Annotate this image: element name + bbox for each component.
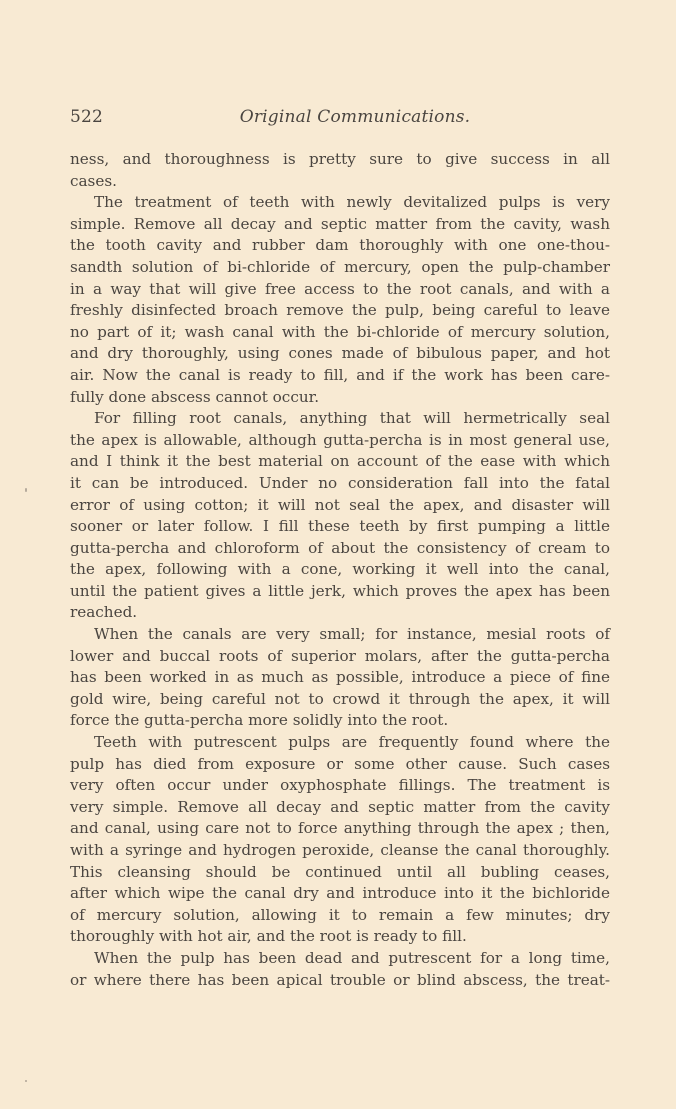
text-line: The treatment of teeth with newly devita… — [70, 192, 610, 214]
text-line: ness, and thoroughness is pretty sure to… — [70, 149, 610, 171]
text-line: the tooth cavity and rubber dam thorough… — [70, 235, 610, 257]
running-head: 522 Original Communications. — [70, 107, 610, 131]
margin-speck — [25, 488, 27, 492]
text-line: gold wire, being careful not to crowd it… — [70, 689, 610, 711]
text-line: pulp has died from exposure or some othe… — [70, 754, 610, 776]
text-line: sandth solution of bi-chloride of mercur… — [70, 257, 610, 279]
text-line: with a syringe and hydrogen peroxide, cl… — [70, 840, 610, 862]
text-line: sooner or later follow. I fill these tee… — [70, 516, 610, 538]
text-line: the apex, following with a cone, working… — [70, 559, 610, 581]
body-text: ness, and thoroughness is pretty sure to… — [70, 149, 610, 991]
text-line: reached. — [70, 602, 610, 624]
text-line: very often occur under oxyphosphate fill… — [70, 775, 610, 797]
text-line: of mercury solution, allowing it to rema… — [70, 905, 610, 927]
running-title: Original Communications. — [70, 107, 610, 127]
text-line: and dry thoroughly, using cones made of … — [70, 343, 610, 365]
text-line: very simple. Remove all decay and septic… — [70, 797, 610, 819]
text-line: This cleansing should be continued until… — [70, 862, 610, 884]
text-line: For filling root canals, anything that w… — [70, 408, 610, 430]
text-line: error of using cotton; it will not seal … — [70, 495, 610, 517]
text-line: air. Now the canal is ready to fill, and… — [70, 365, 610, 387]
text-line: has been worked in as much as possible, … — [70, 667, 610, 689]
text-line: simple. Remove all decay and septic matt… — [70, 214, 610, 236]
margin-speck — [25, 1080, 27, 1082]
text-line: When the pulp has been dead and putresce… — [70, 948, 610, 970]
text-line: or where there has been apical trouble o… — [70, 970, 610, 992]
text-line: gutta-percha and chloroform of about the… — [70, 538, 610, 560]
text-line: force the gutta-percha more solidly into… — [70, 710, 610, 732]
book-page: 522 Original Communications. ness, and t… — [0, 0, 676, 1109]
text-line: lower and buccal roots of superior molar… — [70, 646, 610, 668]
text-line: and canal, using care not to force anyth… — [70, 818, 610, 840]
text-line: it can be introduced. Under no considera… — [70, 473, 610, 495]
text-line: freshly disinfected broach remove the pu… — [70, 300, 610, 322]
text-line: fully done abscess cannot occur. — [70, 387, 610, 409]
text-line: and I think it the best material on acco… — [70, 451, 610, 473]
text-line: cases. — [70, 171, 610, 193]
text-line: in a way that will give free access to t… — [70, 279, 610, 301]
text-line: the apex is allowable, although gutta-pe… — [70, 430, 610, 452]
text-line: until the patient gives a little jerk, w… — [70, 581, 610, 603]
text-line: no part of it; wash canal with the bi-ch… — [70, 322, 610, 344]
text-line: Teeth with putrescent pulps are frequent… — [70, 732, 610, 754]
text-line: When the canals are very small; for inst… — [70, 624, 610, 646]
text-line: thoroughly with hot air, and the root is… — [70, 926, 610, 948]
text-line: after which wipe the canal dry and intro… — [70, 883, 610, 905]
